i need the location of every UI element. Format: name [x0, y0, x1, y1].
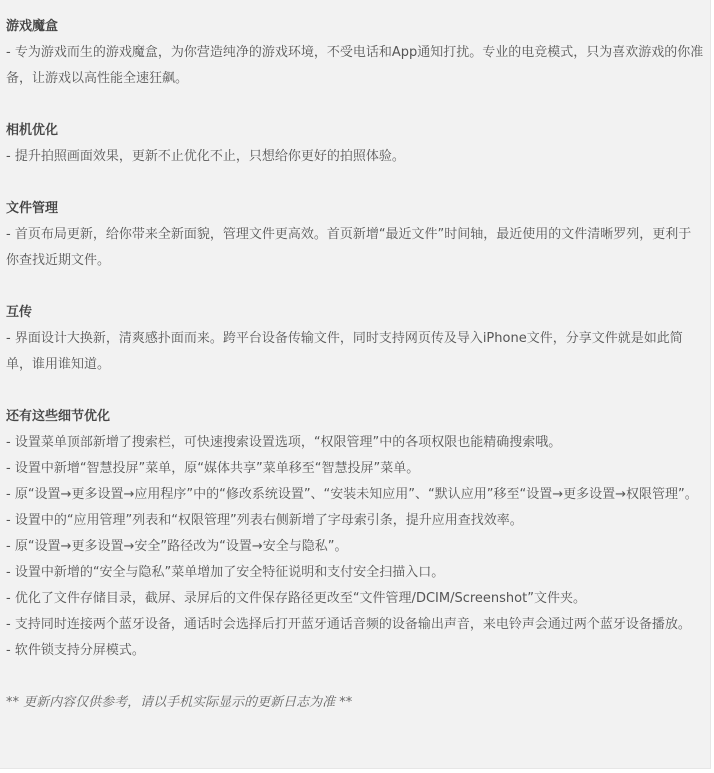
list-item: - 设置中的“应用管理”列表和“权限管理”列表右侧新增了字母索引条，提升应用查找… [6, 508, 704, 534]
section-title: 文件管理 [6, 196, 710, 222]
list-item: - 原“设置→更多设置→安全”路径改为“设置→安全与隐私”。 [6, 534, 704, 560]
disclaimer-note: ** 更新内容仅供参考，请以手机实际显示的更新日志为准 ** [6, 690, 710, 716]
list-item: - 软件锁支持分屏模式。 [6, 638, 704, 664]
list-item: - 首页布局更新，给你带来全新面貌，管理文件更高效。首页新增“最近文件”时间轴，… [6, 222, 704, 274]
section-file-manager: 文件管理 - 首页布局更新，给你带来全新面貌，管理文件更高效。首页新增“最近文件… [6, 196, 710, 274]
list-item: - 设置中新增“智慧投屏”菜单，原“媒体共享”菜单移至“智慧投屏”菜单。 [6, 456, 704, 482]
section-title: 互传 [6, 300, 710, 326]
list-item: - 优化了文件存储目录，截屏、录屏后的文件保存路径更改至“文件管理/DCIM/S… [6, 586, 704, 612]
list-item: - 设置菜单顶部新增了搜索栏，可快速搜索设置选项，“权限管理”中的各项权限也能精… [6, 430, 704, 456]
section-camera: 相机优化 - 提升拍照画面效果，更新不止优化不止，只想给你更好的拍照体验。 [6, 118, 710, 170]
section-transfer: 互传 - 界面设计大换新，清爽感扑面而来。跨平台设备传输文件，同时支持网页传及导… [6, 300, 710, 378]
list-item: - 界面设计大换新，清爽感扑面而来。跨平台设备传输文件，同时支持网页传及导入iP… [6, 326, 704, 378]
section-title: 游戏魔盒 [6, 14, 710, 40]
section-title: 相机优化 [6, 118, 710, 144]
changelog-panel: 游戏魔盒 - 专为游戏而生的游戏魔盒，为你营造纯净的游戏环境，不受电话和App通… [0, 0, 711, 769]
section-title: 还有这些细节优化 [6, 404, 710, 430]
list-item: - 支持同时连接两个蓝牙设备，通话时会选择后打开蓝牙通话音频的设备输出声音，来电… [6, 612, 704, 638]
section-details: 还有这些细节优化 - 设置菜单顶部新增了搜索栏，可快速搜索设置选项，“权限管理”… [6, 404, 710, 664]
list-item: - 原“设置→更多设置→应用程序”中的“修改系统设置”、“安装未知应用”、“默认… [6, 482, 704, 508]
list-item: - 专为游戏而生的游戏魔盒，为你营造纯净的游戏环境，不受电话和App通知打扰。专… [6, 40, 704, 92]
list-item: - 提升拍照画面效果，更新不止优化不止，只想给你更好的拍照体验。 [6, 144, 704, 170]
list-item: - 设置中新增的“安全与隐私”菜单增加了安全特征说明和支付安全扫描入口。 [6, 560, 704, 586]
section-game-box: 游戏魔盒 - 专为游戏而生的游戏魔盒，为你营造纯净的游戏环境，不受电话和App通… [6, 14, 710, 92]
